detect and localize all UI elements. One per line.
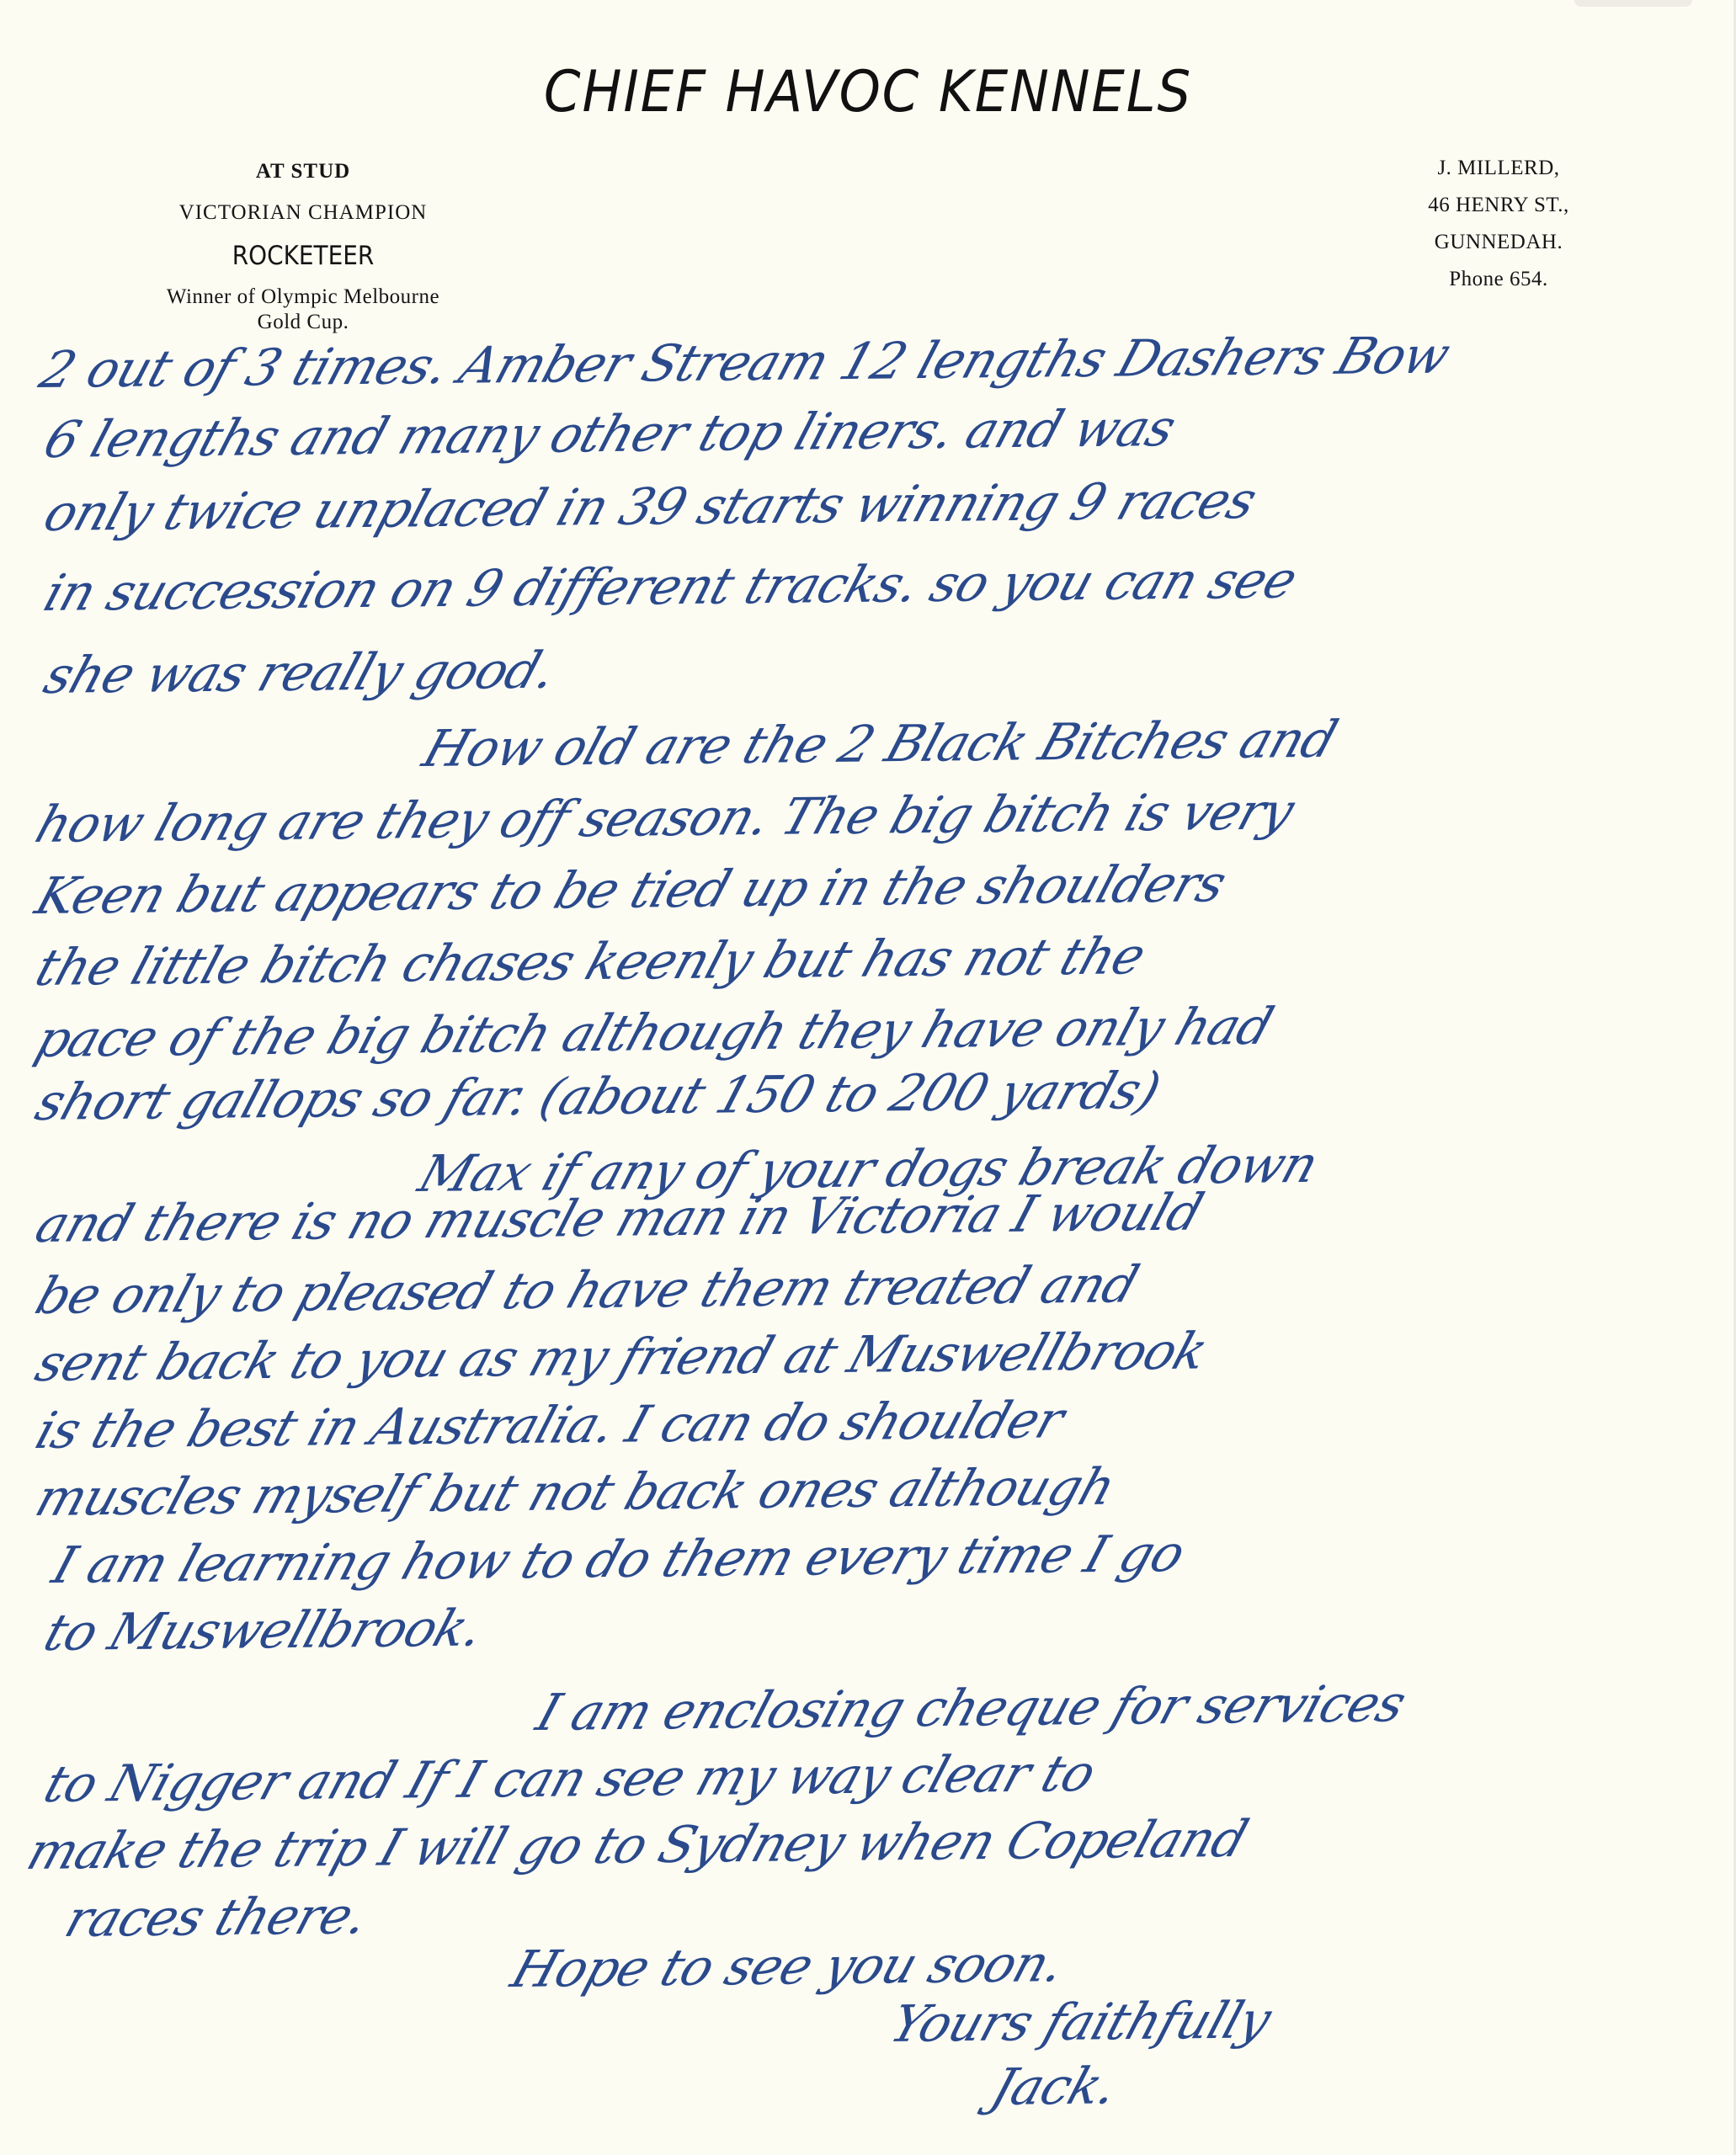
champion-label: VICTORIAN CHAMPION (101, 194, 505, 232)
letterhead-stud-info: AT STUD VICTORIAN CHAMPION ROCKETEER Win… (101, 150, 505, 335)
letter-line: races there. (58, 1886, 375, 1949)
closing-line: Hope to see you soon. (504, 1934, 1071, 1999)
letter-line: pace of the big bitch although they have… (29, 998, 1280, 1069)
letter-line: I am enclosing cheque for services (530, 1674, 1413, 1743)
letter-line: Keen but appears to be tied up in the sh… (29, 854, 1233, 926)
letter-line: only twice unplaced in 39 starts winning… (37, 471, 1263, 543)
winner-line-2: Gold Cup. (101, 310, 505, 335)
stud-dog-name: ROCKETEER (121, 232, 485, 279)
winner-line-1: Winner of Olympic Melbourne (101, 285, 505, 310)
town: GUNNEDAH. (1339, 224, 1659, 261)
letter-page: CHIEF HAVOC KENNELS AT STUD VICTORIAN CH… (0, 0, 1736, 2155)
phone-number: Phone 654. (1339, 261, 1659, 298)
letter-line: how long are they off season. The big bi… (29, 782, 1301, 854)
letter-line: be only to pleased to have them treated … (29, 1255, 1145, 1326)
letterhead-address: J. MILLERD, 46 HENRY ST., GUNNEDAH. Phon… (1339, 150, 1659, 298)
owner-name: J. MILLERD, (1339, 150, 1659, 187)
letter-line: to Muswellbrook. (37, 1599, 490, 1663)
letter-line: short gallops so far. (about 150 to 200 … (29, 1062, 1167, 1132)
street-address: 46 HENRY ST., (1339, 187, 1659, 224)
letter-line: muscles myself but not back ones althoug… (29, 1458, 1121, 1528)
letter-line: to Nigger and If I can see my way clear … (37, 1744, 1102, 1814)
at-stud-label: AT STUD (101, 150, 505, 194)
letter-line: the little bitch chases keenly but has n… (29, 927, 1152, 998)
signature: Jack. (984, 2057, 1124, 2117)
letterhead-title: CHIEF HAVOC KENNELS (69, 59, 1666, 125)
paper-stain (1574, 0, 1692, 7)
letter-line: sent back to you as my friend at Muswell… (29, 1322, 1214, 1393)
letter-line: 6 lengths and many other top liners. and… (37, 399, 1182, 470)
letter-line: make the trip I will go to Sydney when C… (20, 1810, 1254, 1881)
letter-line: in succession on 9 different tracks. so … (37, 551, 1303, 623)
letter-line: she was really good. (37, 641, 562, 705)
letter-line: How old are the 2 Black Bitches and (416, 710, 1344, 779)
letter-line: is the best in Australia. I can do shoul… (29, 1391, 1070, 1461)
letter-line: I am learning how to do them every time … (45, 1524, 1191, 1595)
letter-line: and there is no muscle man in Victoria I… (29, 1184, 1209, 1254)
valediction: Yours faithfully (883, 1991, 1277, 2054)
